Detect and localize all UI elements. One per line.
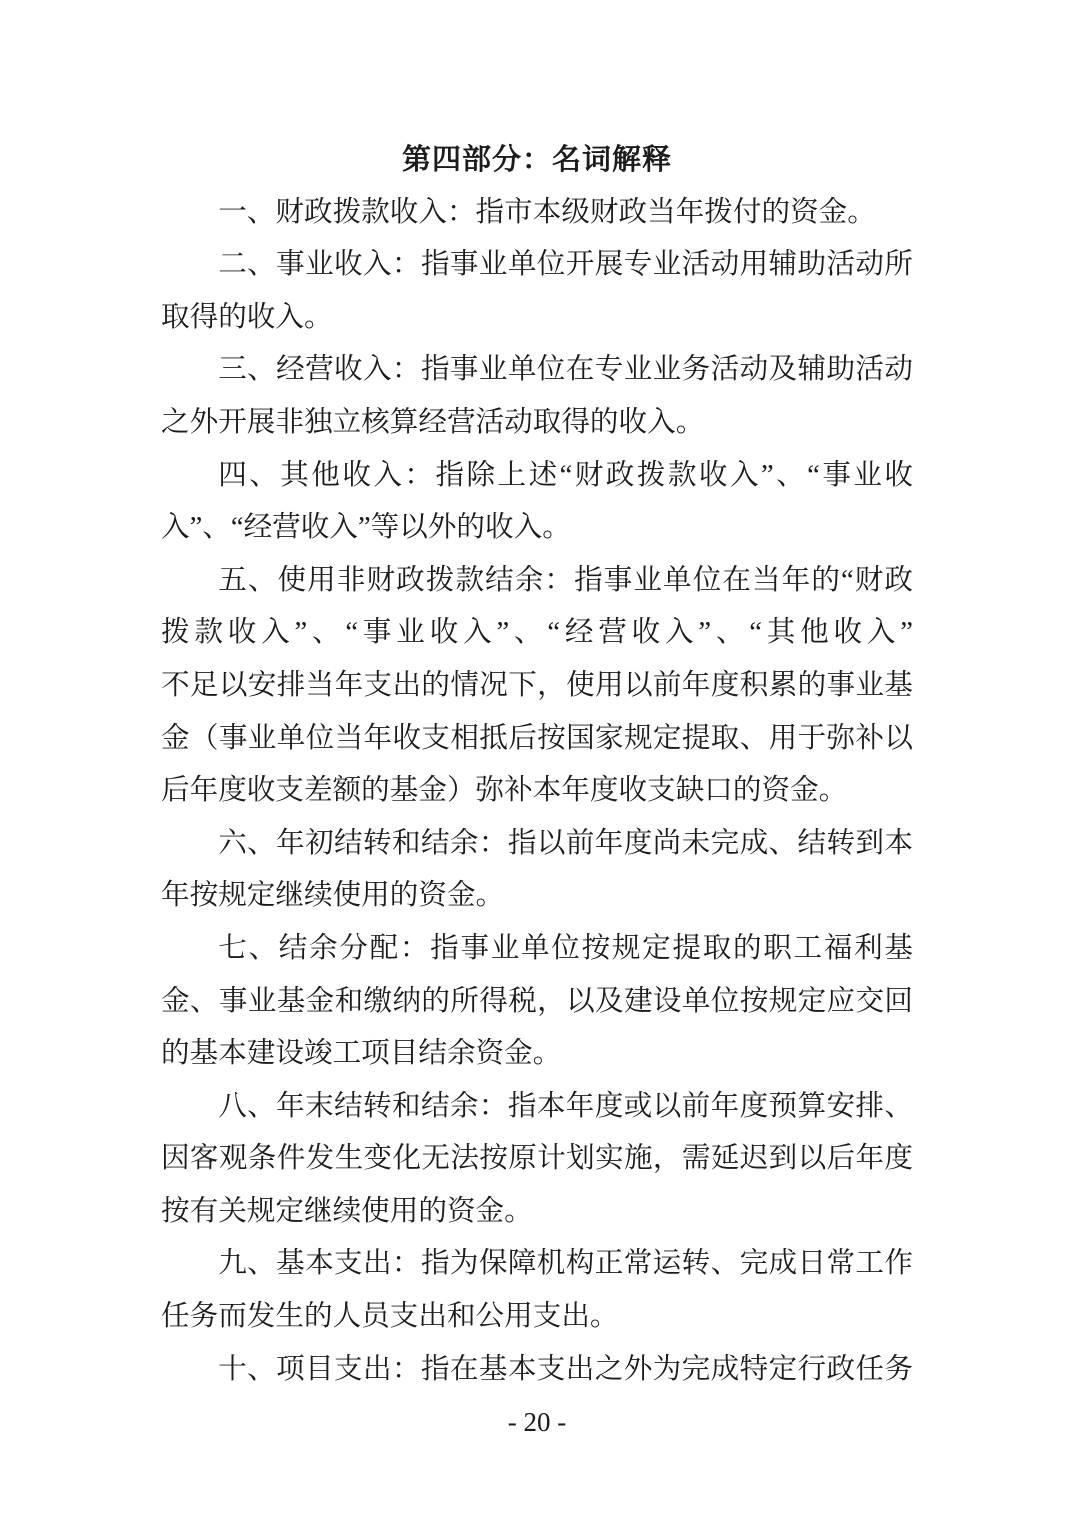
paragraph-line: 之外开展非独立核算经营活动取得的收入。 — [161, 397, 913, 450]
paragraph-line: 二、事业收入：指事业单位开展专业活动用辅助活动所 — [161, 239, 913, 292]
paragraph-line: 年按规定继续使用的资金。 — [161, 870, 913, 923]
paragraph-line: 六、年初结转和结余：指以前年度尚未完成、结转到本 — [161, 818, 913, 871]
paragraph-line: 取得的收入。 — [161, 292, 913, 345]
paragraph-line: 入”、“经营收入”等以外的收入。 — [161, 502, 913, 555]
paragraph-line: 按有关规定继续使用的资金。 — [161, 1186, 913, 1239]
paragraph-line: 四、其他收入：指除上述“财政拨款收入”、“事业收 — [161, 450, 913, 503]
document-page: 第四部分：名词解释 一、财政拨款收入：指市本级财政当年拨付的资金。二、事业收入：… — [0, 0, 1074, 1520]
paragraph-line: 七、结余分配：指事业单位按规定提取的职工福利基 — [161, 923, 913, 976]
paragraph-line: 一、财政拨款收入：指市本级财政当年拨付的资金。 — [161, 187, 913, 240]
paragraph-line: 拨款收入”、“事业收入”、“经营收入”、“其他收入” — [161, 607, 913, 660]
paragraph-line: 后年度收支差额的基金）弥补本年度收支缺口的资金。 — [161, 765, 913, 818]
paragraph-line: 不足以安排当年支出的情况下，使用以前年度积累的事业基 — [161, 660, 913, 713]
document-body: 一、财政拨款收入：指市本级财政当年拨付的资金。二、事业收入：指事业单位开展专业活… — [161, 187, 913, 1397]
paragraph-line: 五、使用非财政拨款结余：指事业单位在当年的“财政 — [161, 555, 913, 608]
paragraph-line: 因客观条件发生变化无法按原计划实施，需延迟到以后年度 — [161, 1133, 913, 1186]
paragraph-line: 金、事业基金和缴纳的所得税，以及建设单位按规定应交回 — [161, 976, 913, 1029]
page-number: - 20 - — [161, 1396, 913, 1449]
paragraph-line: 八、年末结转和结余：指本年度或以前年度预算安排、 — [161, 1081, 913, 1134]
paragraph-line: 金（事业单位当年收支相抵后按国家规定提取、用于弥补以 — [161, 713, 913, 766]
page-title: 第四部分：名词解释 — [161, 134, 913, 187]
paragraph-line: 九、基本支出：指为保障机构正常运转、完成日常工作 — [161, 1238, 913, 1291]
paragraph-line: 任务而发生的人员支出和公用支出。 — [161, 1291, 913, 1344]
paragraph-line: 的基本建设竣工项目结余资金。 — [161, 1028, 913, 1081]
document-content: 第四部分：名词解释 一、财政拨款收入：指市本级财政当年拨付的资金。二、事业收入：… — [161, 0, 913, 1396]
paragraph-line: 三、经营收入：指事业单位在专业业务活动及辅助活动 — [161, 344, 913, 397]
paragraph-line: 十、项目支出：指在基本支出之外为完成特定行政任务 — [161, 1344, 913, 1397]
